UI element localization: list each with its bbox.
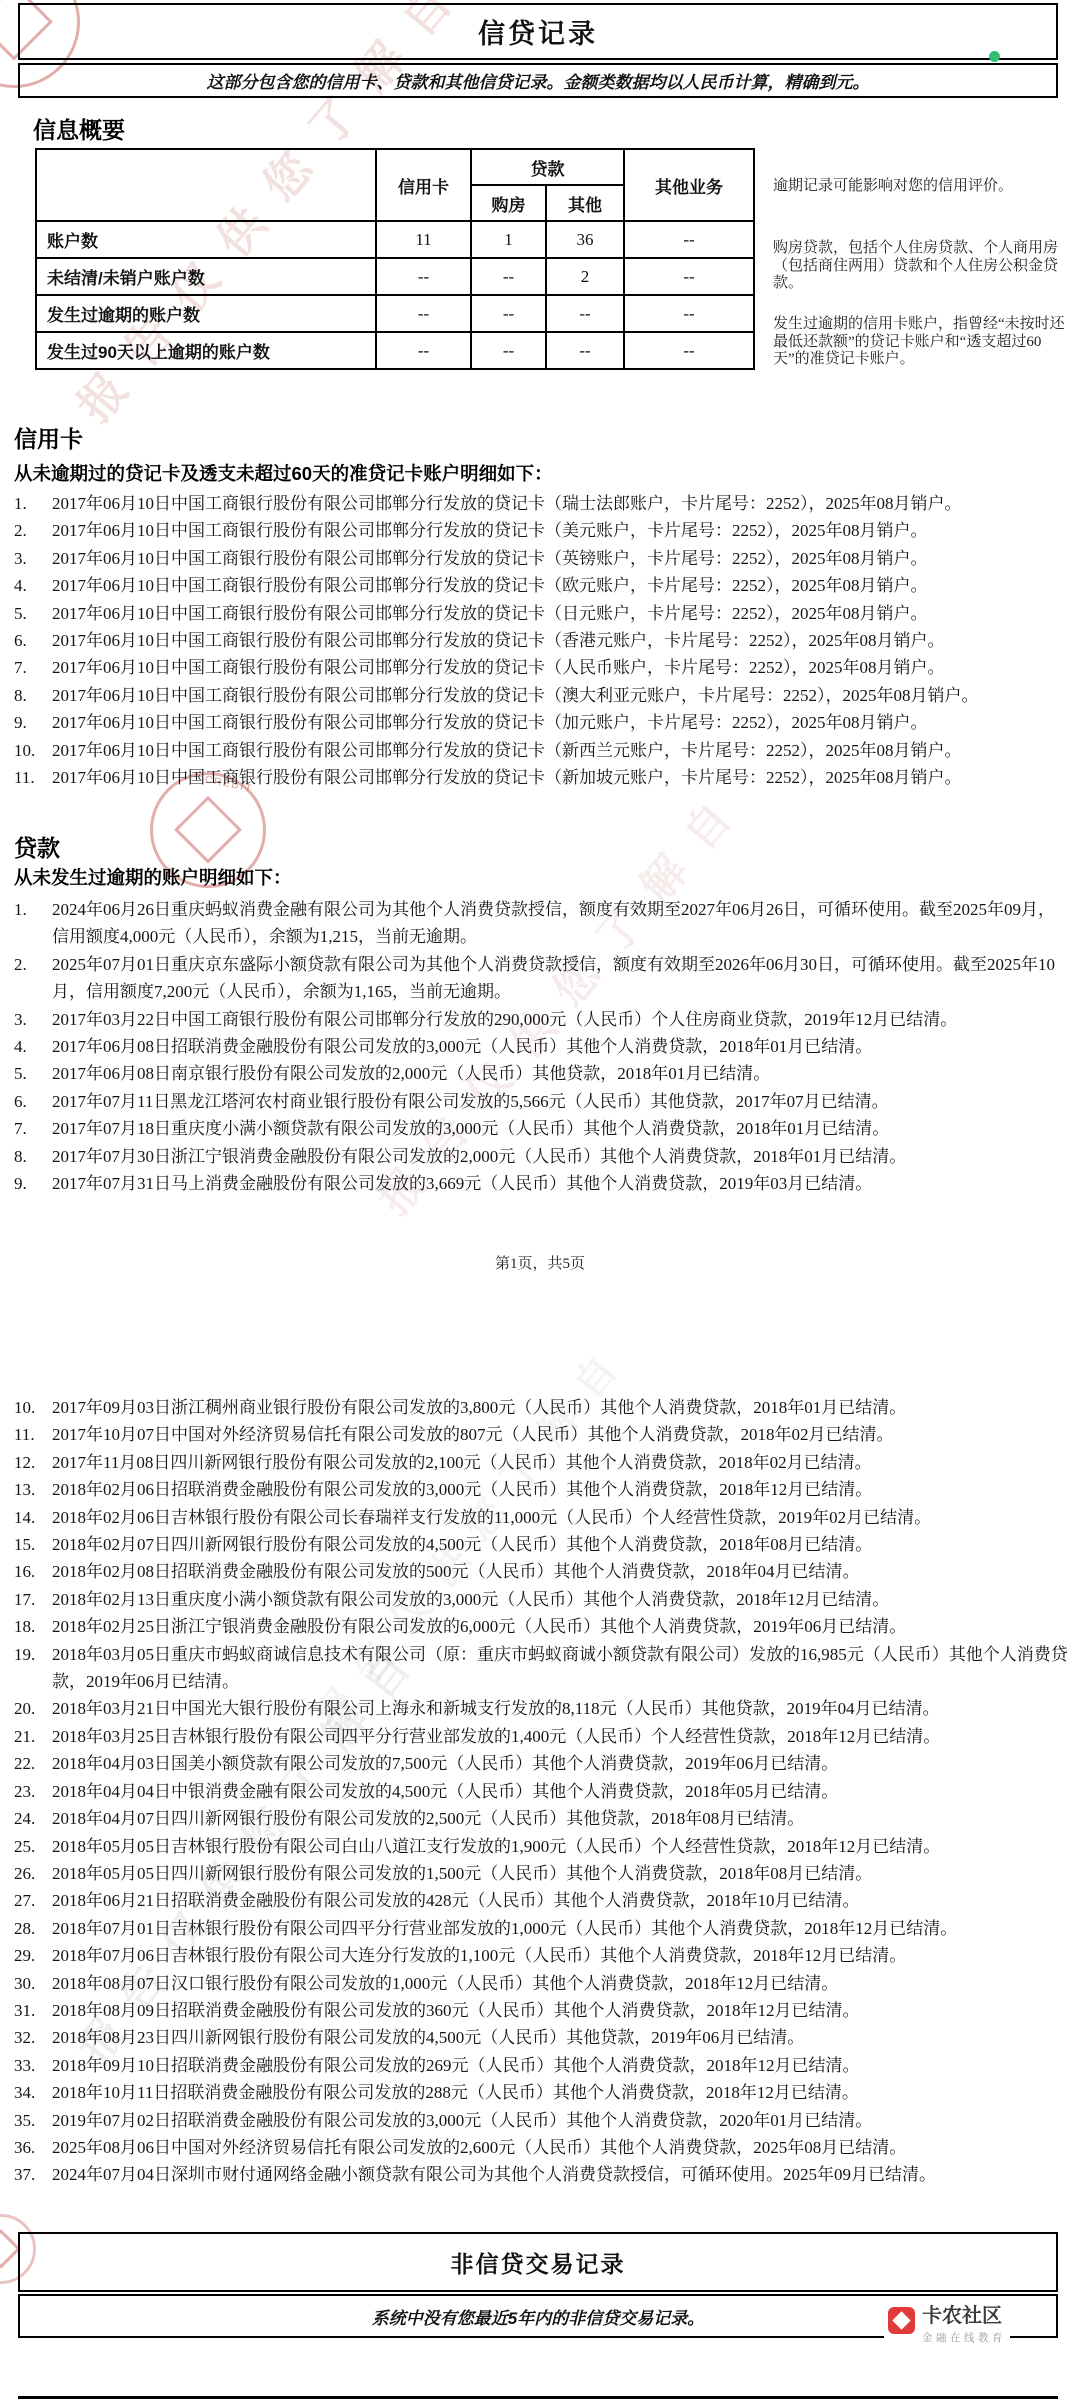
item-text: 2017年07月18日重庆度小满小额贷款有限公司发放的3,000元（人民币）其他…	[52, 1119, 889, 1138]
credit-card-subheading: 从未逾期过的贷记卡及透支未超过60天的准贷记卡账户明细如下：	[14, 460, 553, 486]
item-text: 2024年06月26日重庆蚂蚁消费金融有限公司为其他个人消费贷款授信，额度有效期…	[52, 900, 1055, 946]
item-number: 14.	[14, 1504, 35, 1531]
item-number: 29.	[14, 1942, 35, 1969]
item-number: 8.	[14, 682, 27, 709]
loan-item: 4.2017年06月08日招联消费金融股份有限公司发放的3,000元（人民币）其…	[14, 1033, 1068, 1060]
loan-item: 31.2018年08月09日招联消费金融股份有限公司发放的360元（人民币）其他…	[14, 1997, 1068, 2024]
item-number: 4.	[14, 572, 27, 599]
summary-cell-other-business: --	[624, 221, 754, 258]
summary-row-label: 账户数	[36, 221, 376, 258]
item-number: 27.	[14, 1887, 35, 1914]
item-number: 16.	[14, 1558, 35, 1585]
item-text: 2018年04月03日国美小额贷款有限公司发放的7,500元（人民币）其他个人消…	[52, 1754, 838, 1773]
item-number: 28.	[14, 1915, 35, 1942]
loan-item: 26.2018年05月05日四川新网银行股份有限公司发放的1,500元（人民币）…	[14, 1860, 1068, 1887]
item-number: 21.	[14, 1723, 35, 1750]
item-text: 2018年08月23日四川新网银行股份有限公司发放的4,500元（人民币）其他贷…	[52, 2028, 804, 2047]
summary-cell-other-business: --	[624, 258, 754, 295]
loan-item: 10.2017年09月03日浙江稠州商业银行股份有限公司发放的3,800元（人民…	[14, 1394, 1068, 1421]
item-number: 10.	[14, 1394, 35, 1421]
loan-item: 36.2025年08月06日中国对外经济贸易信托有限公司发放的2,600元（人民…	[14, 2134, 1068, 2161]
non-credit-title-box: 非信贷交易记录	[18, 2232, 1058, 2292]
loan-item: 24.2018年04月07日四川新网银行股份有限公司发放的2,500元（人民币）…	[14, 1805, 1068, 1832]
item-text: 2019年07月02日招联消费金融股份有限公司发放的3,000元（人民币）其他个…	[52, 2111, 872, 2130]
item-number: 30.	[14, 1970, 35, 1997]
item-text: 2025年07月01日重庆京东盛际小额贷款有限公司为其他个人消费贷款授信，额度有…	[52, 955, 1055, 1001]
loan-item: 9.2017年07月31日马上消费金融股份有限公司发放的3,669元（人民币）其…	[14, 1170, 1068, 1197]
loan-item: 28.2018年07月01日吉林银行股份有限公司四平分行营业部发放的1,000元…	[14, 1915, 1068, 1942]
item-number: 2.	[14, 951, 27, 978]
summary-col-other-business: 其他业务	[624, 149, 754, 221]
item-number: 11.	[14, 1421, 35, 1448]
item-number: 5.	[14, 1060, 27, 1087]
item-text: 2018年08月09日招联消费金融股份有限公司发放的360元（人民币）其他个人消…	[52, 2001, 860, 2020]
item-text: 2017年06月10日中国工商银行股份有限公司邯郸分行发放的贷记卡（日元账户，卡…	[52, 604, 928, 623]
summary-table-row: 账户数 11 1 36 --	[36, 221, 754, 258]
credit-card-item: 8.2017年06月10日中国工商银行股份有限公司邯郸分行发放的贷记卡（澳大利亚…	[14, 682, 1068, 709]
credit-card-item: 7.2017年06月10日中国工商银行股份有限公司邯郸分行发放的贷记卡（人民币账…	[14, 654, 1068, 681]
summary-cell-loan-house: 1	[471, 221, 546, 258]
loan-item: 7.2017年07月18日重庆度小满小额贷款有限公司发放的3,000元（人民币）…	[14, 1115, 1068, 1142]
item-text: 2017年06月10日中国工商银行股份有限公司邯郸分行发放的贷记卡（香港元账户，…	[52, 631, 945, 650]
summary-col-loan-other: 其他	[546, 185, 624, 221]
item-number: 4.	[14, 1033, 27, 1060]
item-text: 2017年06月10日中国工商银行股份有限公司邯郸分行发放的贷记卡（新加坡元账户…	[52, 768, 962, 787]
loan-item: 27.2018年06月21日招联消费金融股份有限公司发放的428元（人民币）其他…	[14, 1887, 1068, 1914]
loan-item: 25.2018年05月05日吉林银行股份有限公司白山八道江支行发放的1,900元…	[14, 1833, 1068, 1860]
loan-item: 16.2018年02月08日招联消费金融股份有限公司发放的500元（人民币）其他…	[14, 1558, 1068, 1585]
loan-item: 8.2017年07月30日浙江宁银消费金融股份有限公司发放的2,000元（人民币…	[14, 1143, 1068, 1170]
credit-card-item: 3.2017年06月10日中国工商银行股份有限公司邯郸分行发放的贷记卡（英镑账户…	[14, 545, 1068, 572]
summary-table-body: 账户数 11 1 36 -- 未结清/未销户账户数 -- -- 2 -- 发生过…	[36, 221, 754, 369]
seal-diamond	[174, 796, 242, 864]
summary-table: 信用卡 贷款 其他业务 购房 其他 账户数 11 1 36 --	[35, 148, 755, 370]
kanong-brand: 卡农社区 金融在线教育	[884, 2303, 1010, 2347]
non-credit-heading: 非信贷交易记录	[451, 2246, 626, 2279]
loan-item: 17.2018年02月13日重庆度小满小额贷款有限公司发放的3,000元（人民币…	[14, 1586, 1068, 1613]
item-text: 2017年11月08日四川新网银行股份有限公司发放的2,100元（人民币）其他个…	[52, 1453, 872, 1472]
page-indicator: 第1页，共5页	[0, 1252, 1080, 1273]
item-text: 2017年06月10日中国工商银行股份有限公司邯郸分行发放的贷记卡（欧元账户，卡…	[52, 576, 928, 595]
loan-item: 21.2018年03月25日吉林银行股份有限公司四平分行营业部发放的1,400元…	[14, 1723, 1068, 1750]
loan-item: 13.2018年02月06日招联消费金融股份有限公司发放的3,000元（人民币）…	[14, 1476, 1068, 1503]
item-number: 35.	[14, 2107, 35, 2134]
item-number: 3.	[14, 1006, 27, 1033]
item-text: 2018年05月05日四川新网银行股份有限公司发放的1,500元（人民币）其他个…	[52, 1864, 872, 1883]
non-credit-subtitle: 系统中没有您最近5年内的非信贷交易记录。	[372, 2304, 704, 2329]
page-title: 信贷记录	[478, 12, 598, 51]
section-title-box: 信贷记录	[18, 3, 1058, 60]
item-number: 31.	[14, 1997, 35, 2024]
item-number: 22.	[14, 1750, 35, 1777]
summary-cell-loan-house: --	[471, 332, 546, 369]
credit-card-item: 1.2017年06月10日中国工商银行股份有限公司邯郸分行发放的贷记卡（瑞士法郎…	[14, 490, 1068, 517]
item-text: 2017年06月10日中国工商银行股份有限公司邯郸分行发放的贷记卡（人民币账户，…	[52, 658, 945, 677]
item-number: 6.	[14, 627, 27, 654]
loan-item: 3.2017年03月22日中国工商银行股份有限公司邯郸分行发放的290,000元…	[14, 1006, 1068, 1033]
item-text: 2017年06月10日中国工商银行股份有限公司邯郸分行发放的贷记卡（新西兰元账户…	[52, 741, 962, 760]
section-subtitle-box: 这部分包含您的信用卡、贷款和其他信贷记录。金额类数据均以人民币计算，精确到元。	[18, 63, 1058, 98]
item-text: 2018年06月21日招联消费金融股份有限公司发放的428元（人民币）其他个人消…	[52, 1891, 860, 1910]
item-number: 23.	[14, 1778, 35, 1805]
summary-empty-header-cell	[36, 149, 376, 221]
item-text: 2018年03月05日重庆市蚂蚁商诚信息技术有限公司（原：重庆市蚂蚁商诚小额贷款…	[52, 1645, 1068, 1691]
item-text: 2017年09月03日浙江稠州商业银行股份有限公司发放的3,800元（人民币）其…	[52, 1398, 906, 1417]
credit-report-page: 报告仅供您了解自 报告仅供您了解自 报告仅供您了解自 报告仅供您了解自 CRED…	[0, 0, 1080, 2400]
kanong-logo-icon	[888, 2307, 915, 2334]
credit-card-list: 1.2017年06月10日中国工商银行股份有限公司邯郸分行发放的贷记卡（瑞士法郎…	[14, 490, 1068, 791]
loan-item: 23.2018年04月04日中银消费金融有限公司发放的4,500元（人民币）其他…	[14, 1778, 1068, 1805]
item-text: 2018年04月04日中银消费金融有限公司发放的4,500元（人民币）其他个人消…	[52, 1782, 838, 1801]
summary-row-label: 发生过90天以上逾期的账户数	[36, 332, 376, 369]
item-number: 9.	[14, 709, 27, 736]
item-text: 2017年06月08日南京银行股份有限公司发放的2,000元（人民币）其他贷款，…	[52, 1064, 770, 1083]
summary-cell-other-business: --	[624, 332, 754, 369]
summary-note-house-loan: 购房贷款，包括个人住房贷款、个人商用房（包括商住两用）贷款和个人住房公积金贷款。	[773, 240, 1073, 293]
item-number: 1.	[14, 896, 27, 923]
summary-col-loan-house: 购房	[471, 185, 546, 221]
summary-cell-other-business: --	[624, 295, 754, 332]
item-number: 8.	[14, 1143, 27, 1170]
loan-item: 1.2024年06月26日重庆蚂蚁消费金融有限公司为其他个人消费贷款授信，额度有…	[14, 896, 1068, 951]
item-number: 7.	[14, 1115, 27, 1142]
item-number: 10.	[14, 737, 35, 764]
item-text: 2018年05月05日吉林银行股份有限公司白山八道江支行发放的1,900元（人民…	[52, 1837, 940, 1856]
summary-cell-credit-card: --	[376, 258, 471, 295]
loan-item: 11.2017年10月07日中国对外经济贸易信托有限公司发放的807元（人民币）…	[14, 1421, 1068, 1448]
summary-cell-loan-house: --	[471, 295, 546, 332]
item-number: 3.	[14, 545, 27, 572]
item-number: 25.	[14, 1833, 35, 1860]
item-text: 2017年06月10日中国工商银行股份有限公司邯郸分行发放的贷记卡（澳大利亚元账…	[52, 686, 979, 705]
loan-item: 32.2018年08月23日四川新网银行股份有限公司发放的4,500元（人民币）…	[14, 2024, 1068, 2051]
loan-item: 37.2024年07月04日深圳市财付通网络金融小额贷款有限公司为其他个人消费贷…	[14, 2161, 1068, 2188]
item-text: 2018年02月13日重庆度小满小额贷款有限公司发放的3,000元（人民币）其他…	[52, 1590, 889, 1609]
item-number: 33.	[14, 2052, 35, 2079]
item-text: 2018年04月07日四川新网银行股份有限公司发放的2,500元（人民币）其他贷…	[52, 1809, 804, 1828]
loan-item: 35.2019年07月02日招联消费金融股份有限公司发放的3,000元（人民币）…	[14, 2107, 1068, 2134]
summary-cell-loan-other: --	[546, 295, 624, 332]
credit-card-item: 11.2017年06月10日中国工商银行股份有限公司邯郸分行发放的贷记卡（新加坡…	[14, 764, 1068, 791]
item-number: 9.	[14, 1170, 27, 1197]
item-number: 1.	[14, 490, 27, 517]
summary-cell-credit-card: 11	[376, 221, 471, 258]
loan-heading: 贷款	[14, 830, 60, 863]
credit-card-item: 5.2017年06月10日中国工商银行股份有限公司邯郸分行发放的贷记卡（日元账户…	[14, 600, 1068, 627]
loan-item: 6.2017年07月11日黑龙江塔河农村商业银行股份有限公司发放的5,566元（…	[14, 1088, 1068, 1115]
item-text: 2018年02月25日浙江宁银消费金融股份有限公司发放的6,000元（人民币）其…	[52, 1617, 906, 1636]
summary-col-credit-card: 信用卡	[376, 149, 471, 221]
item-text: 2017年06月10日中国工商银行股份有限公司邯郸分行发放的贷记卡（英镑账户，卡…	[52, 549, 928, 568]
item-number: 5.	[14, 600, 27, 627]
item-number: 13.	[14, 1476, 35, 1503]
item-number: 24.	[14, 1805, 35, 1832]
loan-item: 29.2018年07月06日吉林银行股份有限公司大连分行发放的1,100元（人民…	[14, 1942, 1068, 1969]
item-number: 37.	[14, 2161, 35, 2188]
summary-cell-loan-other: 2	[546, 258, 624, 295]
item-text: 2018年03月25日吉林银行股份有限公司四平分行营业部发放的1,400元（人民…	[52, 1727, 940, 1746]
item-text: 2018年08月07日汉口银行股份有限公司发放的1,000元（人民币）其他个人消…	[52, 1974, 838, 1993]
item-number: 7.	[14, 654, 27, 681]
item-text: 2018年09月10日招联消费金融股份有限公司发放的269元（人民币）其他个人消…	[52, 2056, 860, 2075]
loan-item: 2.2025年07月01日重庆京东盛际小额贷款有限公司为其他个人消费贷款授信，额…	[14, 951, 1068, 1006]
loan-item: 15.2018年02月07日四川新网银行股份有限公司发放的4,500元（人民币）…	[14, 1531, 1068, 1558]
credit-card-item: 9.2017年06月10日中国工商银行股份有限公司邯郸分行发放的贷记卡（加元账户…	[14, 709, 1068, 736]
item-number: 36.	[14, 2134, 35, 2161]
credit-card-item: 6.2017年06月10日中国工商银行股份有限公司邯郸分行发放的贷记卡（香港元账…	[14, 627, 1068, 654]
item-text: 2017年10月07日中国对外经济贸易信托有限公司发放的807元（人民币）其他个…	[52, 1425, 894, 1444]
item-text: 2018年02月06日招联消费金融股份有限公司发放的3,000元（人民币）其他个…	[52, 1480, 872, 1499]
item-number: 12.	[14, 1449, 35, 1476]
item-number: 20.	[14, 1695, 35, 1722]
summary-table-row: 发生过逾期的账户数 -- -- -- --	[36, 295, 754, 332]
loan-list-page2: 10.2017年09月03日浙江稠州商业银行股份有限公司发放的3,800元（人民…	[14, 1394, 1068, 2189]
item-number: 34.	[14, 2079, 35, 2106]
item-text: 2017年06月10日中国工商银行股份有限公司邯郸分行发放的贷记卡（瑞士法郎账户…	[52, 494, 962, 513]
brand-tagline: 金融在线教育	[922, 2330, 1006, 2345]
item-text: 2025年08月06日中国对外经济贸易信托有限公司发放的2,600元（人民币）其…	[52, 2138, 906, 2157]
summary-row-label: 发生过逾期的账户数	[36, 295, 376, 332]
item-text: 2018年07月01日吉林银行股份有限公司四平分行营业部发放的1,000元（人民…	[52, 1919, 957, 1938]
loan-item: 5.2017年06月08日南京银行股份有限公司发放的2,000元（人民币）其他贷…	[14, 1060, 1068, 1087]
summary-cell-loan-other: 36	[546, 221, 624, 258]
item-text: 2017年07月31日马上消费金融股份有限公司发放的3,669元（人民币）其他个…	[52, 1174, 872, 1193]
page-subtitle: 这部分包含您的信用卡、贷款和其他信贷记录。金额类数据均以人民币计算，精确到元。	[207, 68, 870, 93]
summary-heading: 信息概要	[33, 112, 125, 145]
summary-cell-loan-house: --	[471, 258, 546, 295]
loan-item: 33.2018年09月10日招联消费金融股份有限公司发放的269元（人民币）其他…	[14, 2052, 1068, 2079]
loan-item: 19.2018年03月05日重庆市蚂蚁商诚信息技术有限公司（原：重庆市蚂蚁商诚小…	[14, 1641, 1068, 1696]
credit-card-heading: 信用卡	[14, 421, 83, 454]
item-number: 6.	[14, 1088, 27, 1115]
summary-cell-credit-card: --	[376, 332, 471, 369]
summary-table-row: 发生过90天以上逾期的账户数 -- -- -- --	[36, 332, 754, 369]
summary-table-row: 未结清/未销户账户数 -- -- 2 --	[36, 258, 754, 295]
loan-list-page1: 1.2024年06月26日重庆蚂蚁消费金融有限公司为其他个人消费贷款授信，额度有…	[14, 896, 1068, 1197]
summary-row-label: 未结清/未销户账户数	[36, 258, 376, 295]
loan-item: 34.2018年10月11日招联消费金融股份有限公司发放的288元（人民币）其他…	[14, 2079, 1068, 2106]
item-text: 2018年03月21日中国光大银行股份有限公司上海永和新城支行发放的8,118元…	[52, 1699, 940, 1718]
loan-item: 30.2018年08月07日汉口银行股份有限公司发放的1,000元（人民币）其他…	[14, 1970, 1068, 1997]
item-number: 2.	[14, 517, 27, 544]
item-text: 2017年06月10日中国工商银行股份有限公司邯郸分行发放的贷记卡（美元账户，卡…	[52, 521, 928, 540]
item-text: 2018年02月06日吉林银行股份有限公司长春瑞祥支行发放的11,000元（人民…	[52, 1508, 931, 1527]
item-number: 32.	[14, 2024, 35, 2051]
loan-item: 22.2018年04月03日国美小额贷款有限公司发放的7,500元（人民币）其他…	[14, 1750, 1068, 1777]
item-number: 17.	[14, 1586, 35, 1613]
item-text: 2018年02月08日招联消费金融股份有限公司发放的500元（人民币）其他个人消…	[52, 1562, 860, 1581]
item-number: 15.	[14, 1531, 35, 1558]
item-text: 2018年10月11日招联消费金融股份有限公司发放的288元（人民币）其他个人消…	[52, 2083, 859, 2102]
item-number: 11.	[14, 764, 35, 791]
item-text: 2017年03月22日中国工商银行股份有限公司邯郸分行发放的290,000元（人…	[52, 1010, 957, 1029]
item-number: 26.	[14, 1860, 35, 1887]
loan-item: 14.2018年02月06日吉林银行股份有限公司长春瑞祥支行发放的11,000元…	[14, 1504, 1068, 1531]
loan-item: 18.2018年02月25日浙江宁银消费金融股份有限公司发放的6,000元（人民…	[14, 1613, 1068, 1640]
loan-subheading: 从未发生过逾期的账户明细如下：	[14, 864, 292, 890]
item-text: 2024年07月04日深圳市财付通网络金融小额贷款有限公司为其他个人消费贷款授信…	[52, 2165, 936, 2184]
summary-note-overdue: 逾期记录可能影响对您的信用评价。	[773, 178, 1073, 196]
item-text: 2017年07月30日浙江宁银消费金融股份有限公司发放的2,000元（人民币）其…	[52, 1147, 906, 1166]
item-text: 2018年02月07日四川新网银行股份有限公司发放的4,500元（人民币）其他个…	[52, 1535, 872, 1554]
item-text: 2017年06月10日中国工商银行股份有限公司邯郸分行发放的贷记卡（加元账户，卡…	[52, 713, 928, 732]
item-text: 2017年06月08日招联消费金融股份有限公司发放的3,000元（人民币）其他个…	[52, 1037, 872, 1056]
item-number: 18.	[14, 1613, 35, 1640]
summary-col-loans: 贷款	[471, 149, 624, 185]
summary-note-overdue-card: 发生过逾期的信用卡账户，指曾经“未按时还最低还款额”的贷记卡账户和“透支超过60…	[773, 316, 1073, 369]
credit-card-item: 2.2017年06月10日中国工商银行股份有限公司邯郸分行发放的贷记卡（美元账户…	[14, 517, 1068, 544]
loan-item: 12.2017年11月08日四川新网银行股份有限公司发放的2,100元（人民币）…	[14, 1449, 1068, 1476]
brand-name: 卡农社区	[922, 2305, 1006, 2327]
credit-card-item: 10.2017年06月10日中国工商银行股份有限公司邯郸分行发放的贷记卡（新西兰…	[14, 737, 1068, 764]
item-text: 2018年07月06日吉林银行股份有限公司大连分行发放的1,100元（人民币）其…	[52, 1946, 906, 1965]
item-text: 2017年07月11日黑龙江塔河农村商业银行股份有限公司发放的5,566元（人民…	[52, 1092, 889, 1111]
item-number: 19.	[14, 1641, 35, 1668]
loan-item: 20.2018年03月21日中国光大银行股份有限公司上海永和新城支行发放的8,1…	[14, 1695, 1068, 1722]
credit-card-item: 4.2017年06月10日中国工商银行股份有限公司邯郸分行发放的贷记卡（欧元账户…	[14, 572, 1068, 599]
summary-cell-credit-card: --	[376, 295, 471, 332]
next-section-top-border	[18, 2396, 1058, 2399]
green-status-dot	[989, 51, 1000, 62]
summary-cell-loan-other: --	[546, 332, 624, 369]
